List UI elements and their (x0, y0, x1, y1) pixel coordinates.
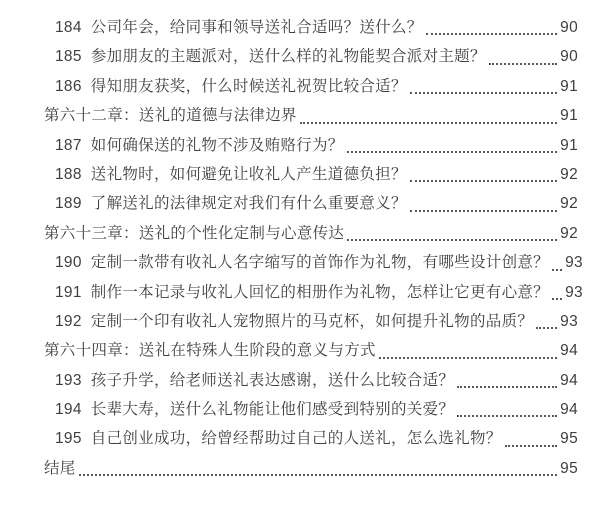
chapter-title: 第六十四章：送礼在特殊人生阶段的意义与方式 (44, 336, 376, 365)
toc-entry: 188 送礼物时，如何避免让收礼人产生道德负担？ 92 (44, 160, 578, 189)
toc-entry: 193 孩子升学，给老师送礼表达感谢，送什么比较合适？ 94 (44, 366, 578, 395)
toc-entry: 186 得知朋友获奖，什么时候送礼祝贺比较合适？ 91 (44, 72, 578, 101)
dot-leader (300, 101, 557, 130)
entry-title: 得知朋友获奖，什么时候送礼祝贺比较合适？ (91, 72, 407, 101)
entry-page-number: 93 (564, 248, 583, 277)
chapter-title: 第六十二章：送礼的道德与法律边界 (44, 101, 297, 130)
dot-leader (505, 424, 557, 453)
dot-leader (489, 42, 557, 71)
entry-number: 189 (55, 189, 82, 218)
toc-chapter-heading: 第六十四章：送礼在特殊人生阶段的意义与方式 94 (44, 336, 578, 365)
toc-document-page: 184 公司年会，给同事和领导送礼合适吗？送什么？ 90 185 参加朋友的主题… (0, 0, 610, 507)
entry-page-number: 94 (559, 336, 578, 365)
dot-leader (347, 219, 557, 248)
chapter-title: 第六十三章：送礼的个性化定制与心意传达 (44, 219, 344, 248)
entry-number: 186 (55, 72, 82, 101)
dot-leader (552, 278, 562, 307)
dot-leader (347, 131, 557, 160)
dot-leader (79, 454, 557, 483)
toc-entry: 195 自己创业成功，给曾经帮助过自己的人送礼，怎么选礼物？ 95 (44, 424, 578, 453)
dot-leader (410, 160, 557, 189)
entry-number: 184 (55, 13, 82, 42)
entry-number: 193 (55, 366, 82, 395)
dot-leader (457, 366, 557, 395)
entry-page-number: 93 (564, 278, 583, 307)
toc-entry: 185 参加朋友的主题派对，送什么样的礼物能契合派对主题？ 90 (44, 42, 578, 71)
entry-page-number: 92 (559, 160, 578, 189)
entry-title: 如何确保送的礼物不涉及贿赂行为？ (91, 131, 344, 160)
entry-number: 195 (55, 424, 82, 453)
entry-page-number: 95 (559, 454, 578, 483)
entry-page-number: 92 (559, 189, 578, 218)
entry-title: 公司年会，给同事和领导送礼合适吗？送什么？ (91, 13, 423, 42)
entry-title: 定制一个印有收礼人宠物照片的马克杯，如何提升礼物的品质？ (91, 307, 533, 336)
dot-leader (457, 395, 557, 424)
toc-entry: 191 制作一本记录与收礼人回忆的相册作为礼物，怎样让它更有心意？ 93 (44, 278, 578, 307)
entry-page-number: 91 (559, 131, 578, 160)
entry-number: 192 (55, 307, 82, 336)
entry-title: 长辈大寿，送什么礼物能让他们感受到特别的关爱？ (91, 395, 454, 424)
entry-page-number: 94 (559, 366, 578, 395)
entry-number: 185 (55, 42, 82, 71)
entry-page-number: 95 (559, 424, 578, 453)
entry-title: 了解送礼的法律规定对我们有什么重要意义？ (91, 189, 407, 218)
entry-title: 自己创业成功，给曾经帮助过自己的人送礼，怎么选礼物？ (91, 424, 502, 453)
dot-leader (410, 72, 557, 101)
toc-entry: 187 如何确保送的礼物不涉及贿赂行为？ 91 (44, 131, 578, 160)
entry-number: 194 (55, 395, 82, 424)
entry-page-number: 91 (559, 72, 578, 101)
dot-leader (536, 307, 557, 336)
dot-leader (426, 13, 557, 42)
entry-page-number: 91 (559, 101, 578, 130)
entry-page-number: 90 (559, 13, 578, 42)
entry-page-number: 90 (559, 42, 578, 71)
chapter-title: 结尾 (44, 454, 76, 483)
toc-chapter-heading: 第六十三章：送礼的个性化定制与心意传达 92 (44, 219, 578, 248)
entry-page-number: 92 (559, 219, 578, 248)
dot-leader (410, 189, 557, 218)
entry-page-number: 94 (559, 395, 578, 424)
entry-title: 制作一本记录与收礼人回忆的相册作为礼物，怎样让它更有心意？ (91, 278, 549, 307)
toc-chapter-heading: 结尾 95 (44, 454, 578, 483)
toc-entry: 184 公司年会，给同事和领导送礼合适吗？送什么？ 90 (44, 13, 578, 42)
entry-page-number: 93 (559, 307, 578, 336)
toc-entry: 190 定制一款带有收礼人名字缩写的首饰作为礼物，有哪些设计创意？ 93 (44, 248, 578, 277)
entry-number: 190 (55, 248, 82, 277)
entry-number: 188 (55, 160, 82, 189)
entry-title: 定制一款带有收礼人名字缩写的首饰作为礼物，有哪些设计创意？ (91, 248, 549, 277)
dot-leader (379, 336, 557, 365)
entry-title: 送礼物时，如何避免让收礼人产生道德负担？ (91, 160, 407, 189)
entry-number: 191 (55, 278, 82, 307)
toc-chapter-heading: 第六十二章：送礼的道德与法律边界 91 (44, 101, 578, 130)
dot-leader (552, 248, 562, 277)
toc-entry: 194 长辈大寿，送什么礼物能让他们感受到特别的关爱？ 94 (44, 395, 578, 424)
entry-number: 187 (55, 131, 82, 160)
entry-title: 参加朋友的主题派对，送什么样的礼物能契合派对主题？ (91, 42, 486, 71)
entry-title: 孩子升学，给老师送礼表达感谢，送什么比较合适？ (91, 366, 454, 395)
toc-entry: 189 了解送礼的法律规定对我们有什么重要意义？ 92 (44, 189, 578, 218)
toc-entry: 192 定制一个印有收礼人宠物照片的马克杯，如何提升礼物的品质？ 93 (44, 307, 578, 336)
